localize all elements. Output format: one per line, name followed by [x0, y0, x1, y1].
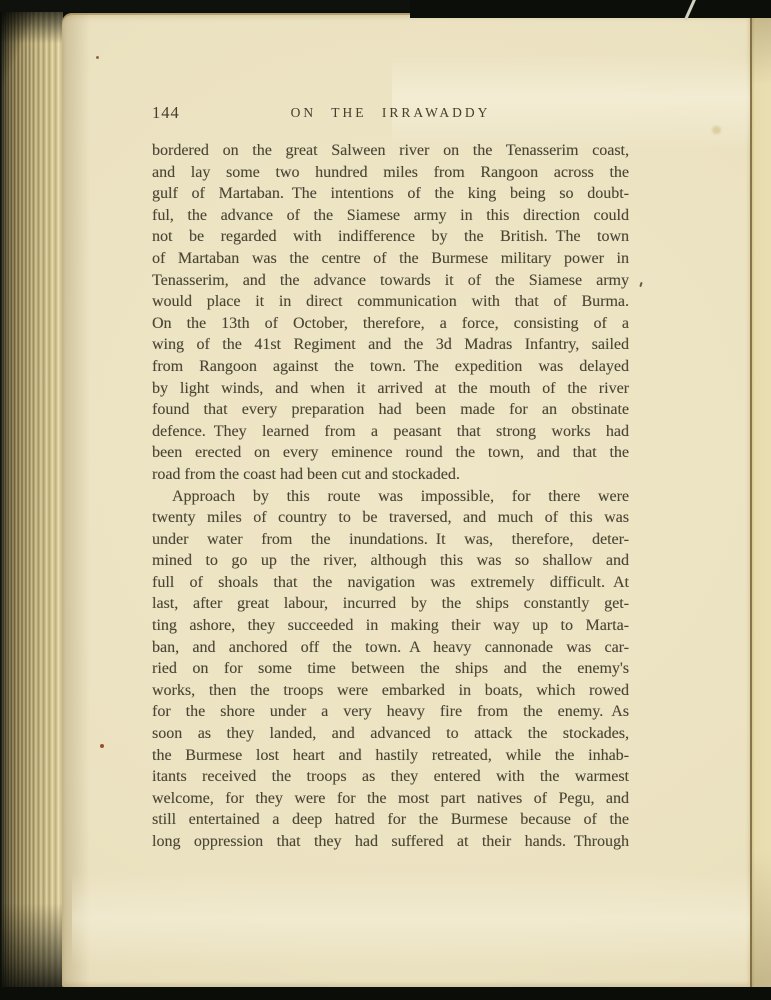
- text-line: not be regarded with indifference by the…: [152, 226, 629, 248]
- binding-band-bottom: [0, 987, 771, 1000]
- text-block: bordered on the great Salween river on t…: [152, 140, 629, 853]
- text-line: gulf of Martaban. The intentions of the …: [152, 183, 629, 205]
- text-line: soon as they landed, and advanced to att…: [152, 723, 629, 745]
- text-line: welcome, for they were for the most part…: [152, 788, 629, 810]
- text-line: bordered on the great Salween river on t…: [152, 140, 629, 162]
- binding-band-top-right: [410, 0, 771, 18]
- text-line: itants received the troops as they enter…: [152, 766, 629, 788]
- page-header: 144 ON THE IRRAWADDY: [152, 103, 629, 123]
- text-line: and lay some two hundred miles from Rang…: [152, 162, 629, 184]
- text-line: ting ashore, they succeeded in making th…: [152, 615, 629, 637]
- book-page: 144 ON THE IRRAWADDY bordered on the gre…: [62, 13, 750, 987]
- text-line: ried on for some time between the ships …: [152, 658, 629, 680]
- scan-light-streak: [72, 871, 750, 966]
- page-number: 144: [152, 103, 180, 123]
- text-line: works, then the troops were embarked in …: [152, 680, 629, 702]
- text-line: from Rangoon against the town. The exped…: [152, 356, 629, 378]
- paper-speck: [96, 56, 99, 59]
- text-line: under water from the inundations. It was…: [152, 529, 629, 551]
- text-line: last, after great labour, incurred by th…: [152, 593, 629, 615]
- book-page-edge-right: [750, 17, 771, 987]
- text-line: wing of the 41st Regiment and the 3d Mad…: [152, 334, 629, 356]
- text-line: defence. They learned from a peasant tha…: [152, 421, 629, 443]
- text-line: Approach by this route was impossible, f…: [152, 486, 629, 508]
- text-line: On the 13th of October, therefore, a for…: [152, 313, 629, 335]
- text-line: mined to go up the river, although this …: [152, 550, 629, 572]
- text-line: of Martaban was the centre of the Burmes…: [152, 248, 629, 270]
- book-scan: 144 ON THE IRRAWADDY bordered on the gre…: [0, 0, 771, 1000]
- text-line: long oppression that they had suffered a…: [152, 831, 629, 853]
- text-line: found that every preparation had been ma…: [152, 399, 629, 421]
- text-line: for the shore under a very heavy fire fr…: [152, 701, 629, 723]
- binding-band-top-left: [0, 0, 415, 12]
- text-line: full of shoals that the navigation was e…: [152, 572, 629, 594]
- text-line: would place it in direct communication w…: [152, 291, 629, 313]
- text-line: been erected on every eminence round the…: [152, 442, 629, 464]
- text-line: ful, the advance of the Siamese army in …: [152, 205, 629, 227]
- text-line: Tenasserim, and the advance towards it o…: [152, 270, 629, 292]
- text-line: the Burmese lost heart and hastily retre…: [152, 745, 629, 767]
- text-line: still entertained a deep hatred for the …: [152, 809, 629, 831]
- book-page-edges-left: [0, 4, 63, 992]
- text-line: by light winds, and when it arrived at t…: [152, 378, 629, 400]
- text-line: road from the coast had been cut and sto…: [152, 464, 629, 486]
- running-title: ON THE IRRAWADDY: [291, 105, 491, 121]
- text-line: twenty miles of country to be traversed,…: [152, 507, 629, 529]
- paper-speck: [100, 744, 104, 748]
- text-line: ban, and anchored off the town. A heavy …: [152, 637, 629, 659]
- paper-stain: [712, 126, 721, 134]
